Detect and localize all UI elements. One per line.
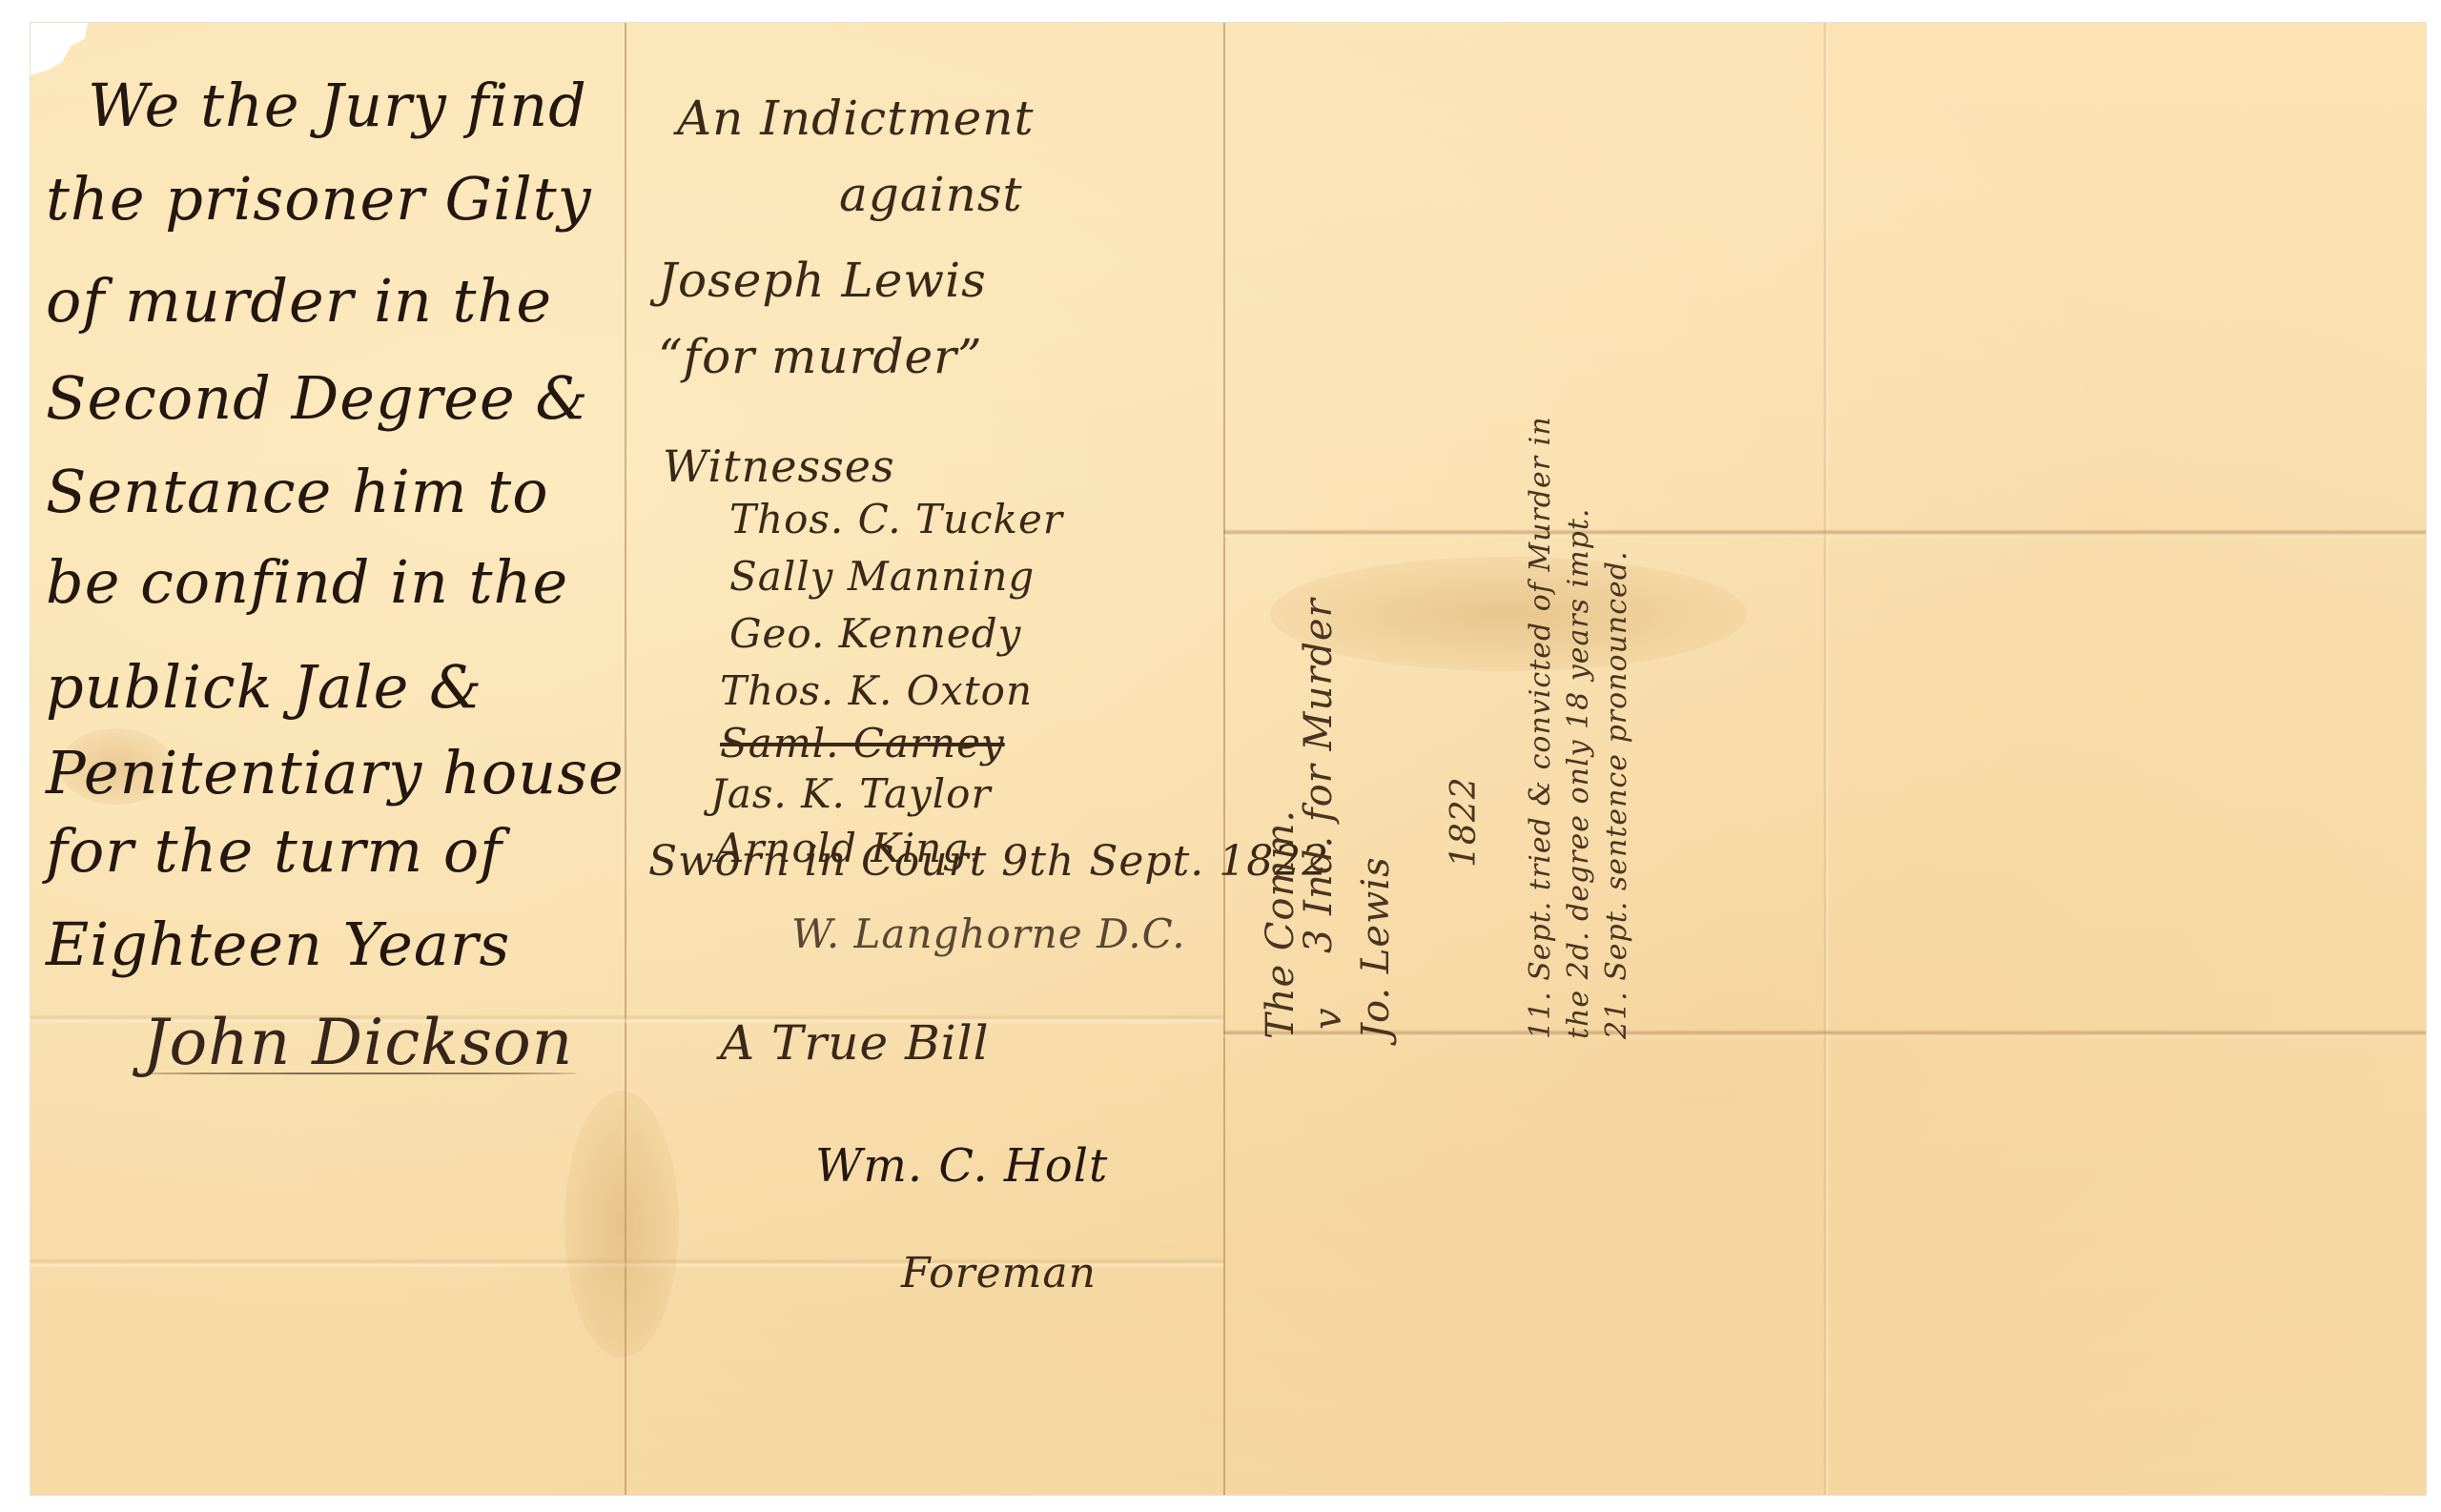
indictment-title: An Indictment [677,91,1035,146]
juror-signature: John Dickson [143,1006,573,1079]
defendant-name: Joseph Lewis [658,253,987,308]
witness-name-struck: Saml. Carney [720,720,1005,766]
panel-divider-middle [1223,23,1225,1495]
verdict-line: for the turm of [46,822,503,881]
foreman-signature: Wm. C. Holt [815,1139,1108,1193]
torn-corner [31,23,88,75]
stain [564,1091,679,1358]
docket-note: the 2d. degree only 18 years impt. [1562,508,1595,1039]
docket-versus: v [1306,1007,1350,1030]
witness-name: Sally Manning [729,553,1035,600]
witnesses-label: Witnesses [663,440,895,492]
verdict-line: the prisoner Gilty [46,170,592,229]
verdict-line: of murder in the [46,272,552,331]
witness-name: Thos. K. Oxton [720,667,1033,714]
docket-defendant: Jo. Lewis [1354,856,1398,1039]
verdict-line: Sentance him to [46,462,549,521]
foreman-title: Foreman [901,1249,1097,1297]
docket-year: 1822 [1445,776,1484,868]
true-bill: A True Bill [720,1015,990,1071]
sworn-statement: Sworn in Court 9th Sept. 1822 [648,837,1329,886]
witness-name: Geo. Kennedy [729,610,1021,657]
fold-vertical [1823,23,1829,1495]
docket-note: 21. Sept. sentence pronounced. [1600,550,1633,1039]
verdict-line: Eighteen Years [46,915,510,974]
verdict-line: publick Jale & [46,658,482,717]
verdict-line: Penitentiary house [46,744,625,803]
verdict-line: be confind in the [46,553,568,612]
clerk-signature: W. Langhorne D.C. [791,910,1186,957]
docket-indictment: 3 Ind. for Murder [1297,598,1341,953]
signature-flourish [138,1073,577,1074]
docket-note: 11. Sept. tried & convicted of Murder in [1524,416,1557,1039]
verdict-line: Second Degree & [46,369,589,428]
indictment-against: against [839,167,1023,222]
docket-endorsement: The Comm. v 3 Ind. for Murder Jo. Lewis … [1259,543,1678,1039]
charge: “for murder” [658,329,983,384]
witness-name: Thos. C. Tucker [729,496,1063,542]
witness-name: Jas. K. Taylor [710,770,992,817]
verdict-line: We the Jury find [88,76,587,135]
fold-horizontal-upper [1223,529,2426,539]
